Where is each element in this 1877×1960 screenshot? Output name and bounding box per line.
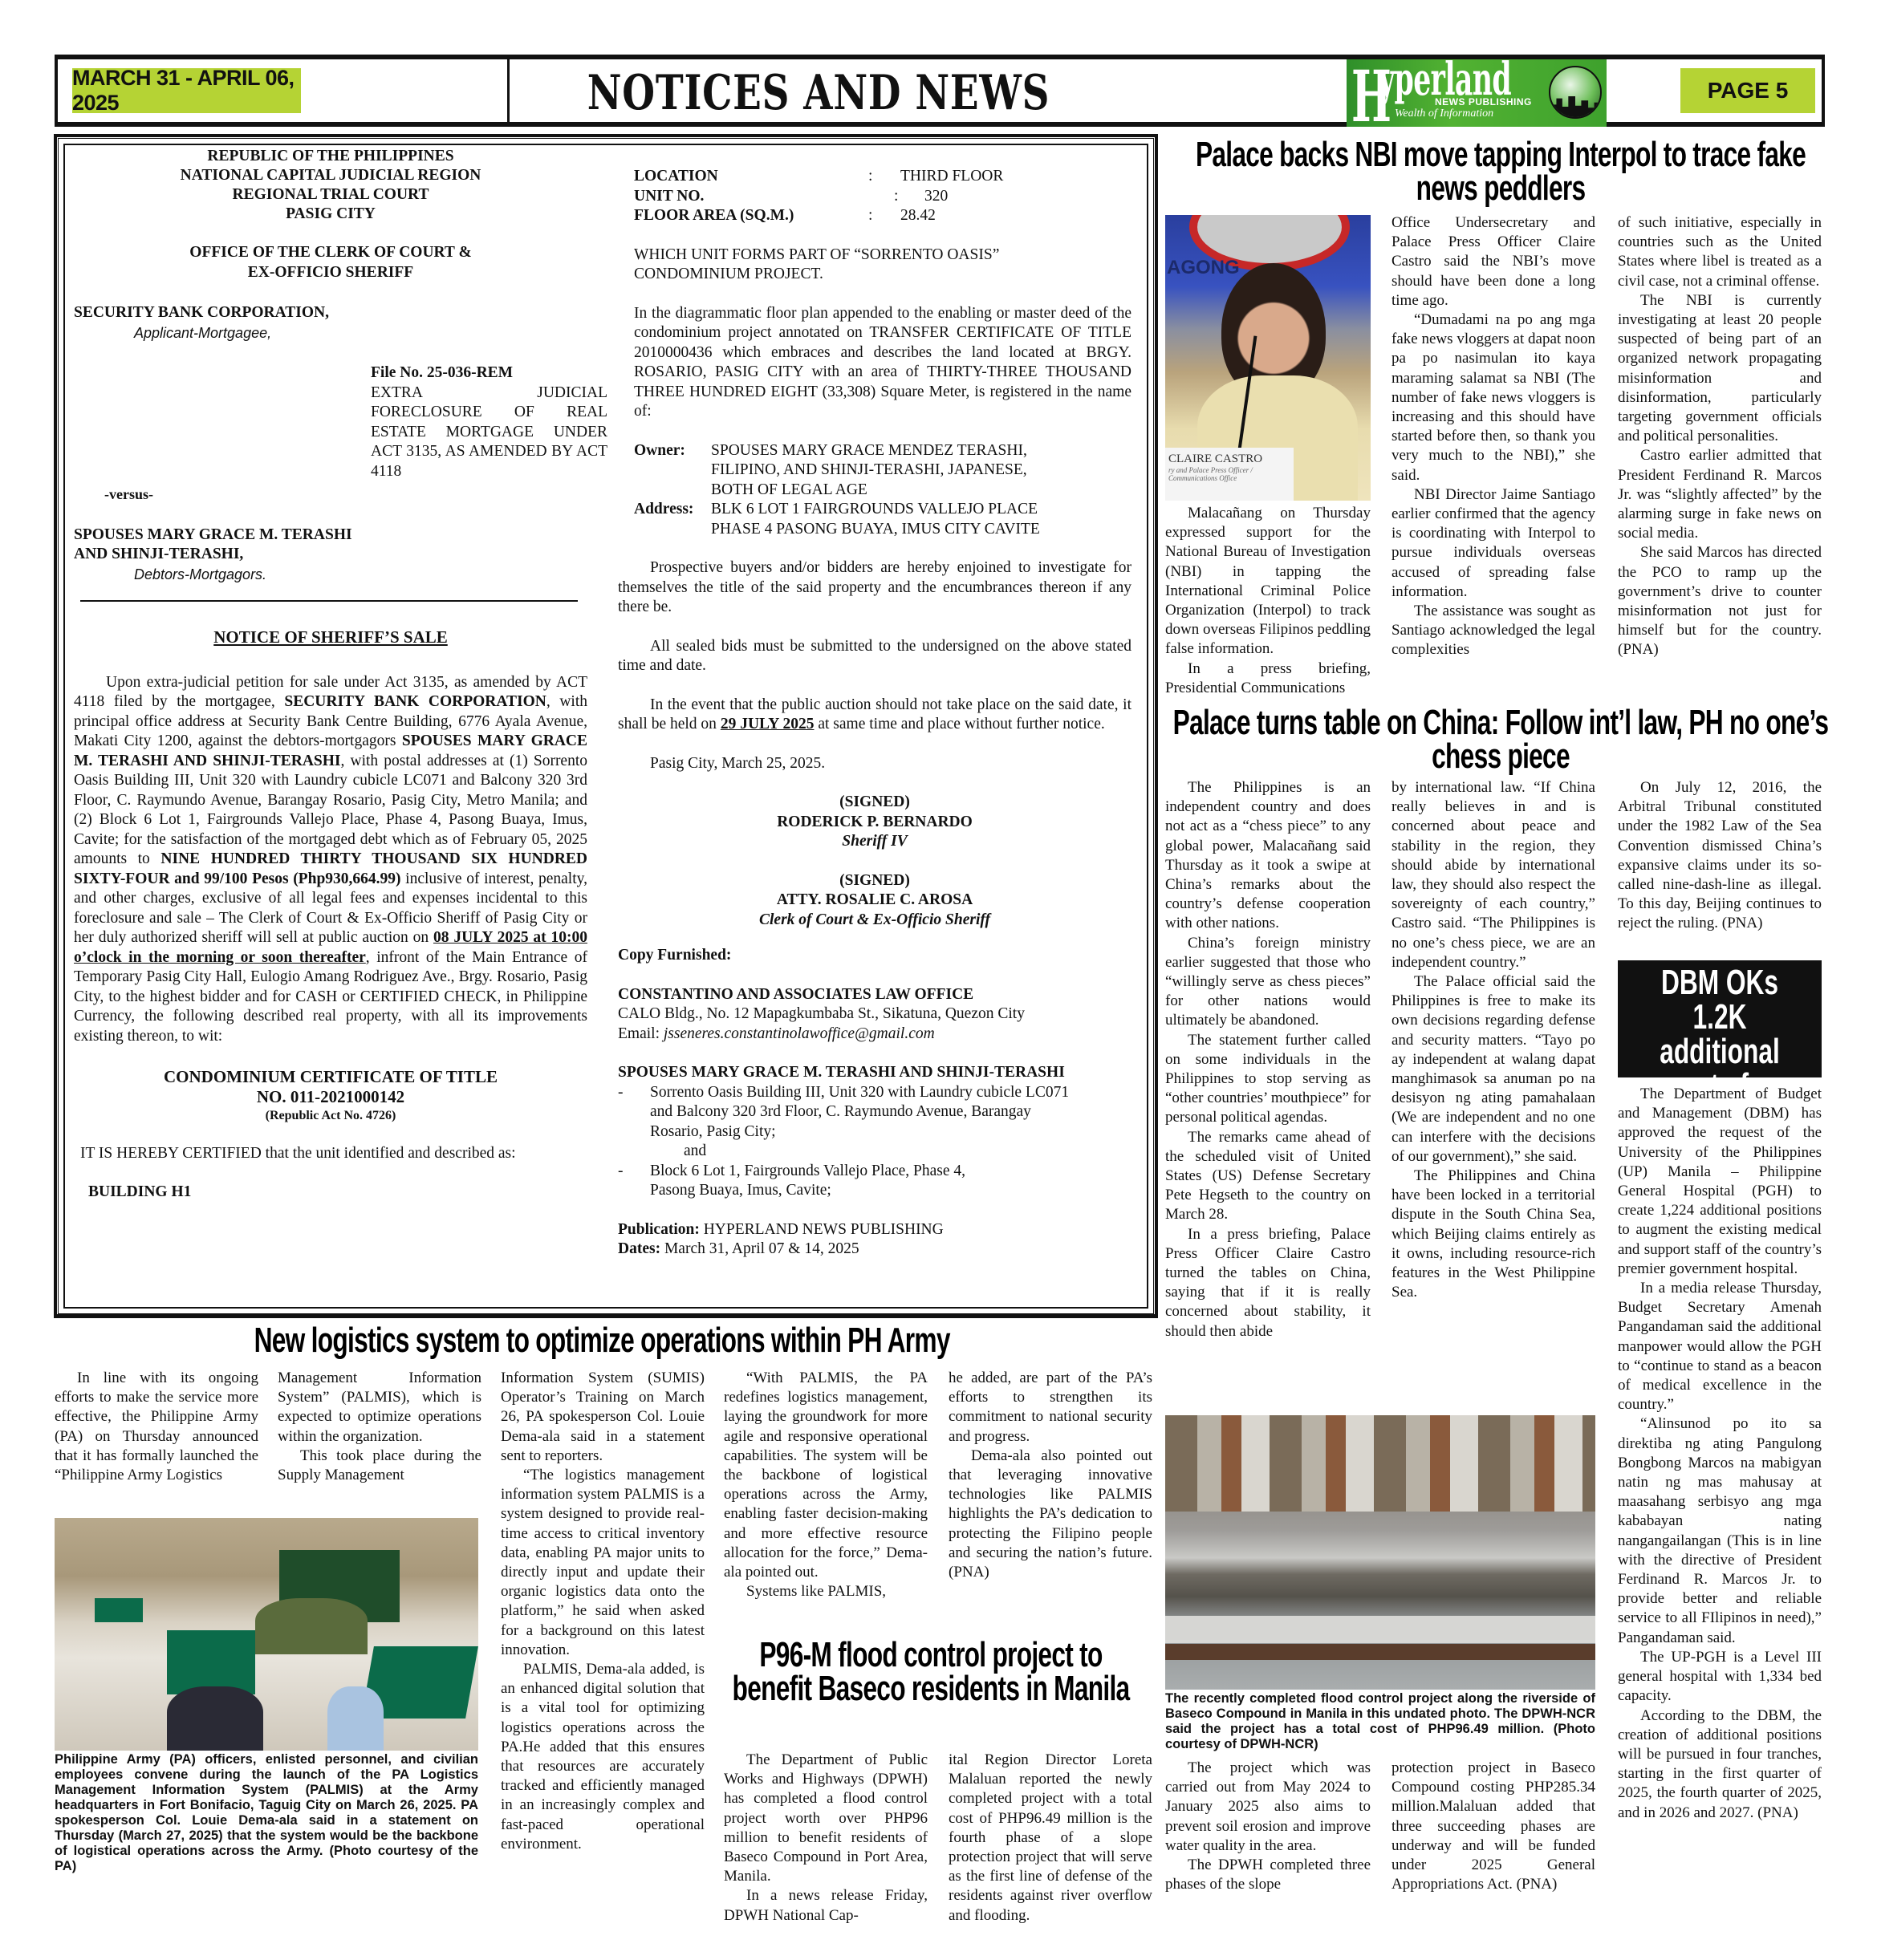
copy-furnished-block: Copy Furnished: CONSTANTINO AND ASSOCIAT…: [618, 946, 1131, 1260]
army-col-1: In line with its ongoing efforts to make…: [55, 1369, 258, 1485]
baseco-col-2: protection project in Baseco Compound co…: [1391, 1759, 1595, 1894]
section-title: NOTICES AND NEWS: [581, 61, 1057, 125]
cct-heading: CONDOMINIUM CERTIFICATE OF TITLE NO. 011…: [74, 1067, 587, 1126]
notice-body: Upon extra-judicial petition for sale un…: [74, 673, 587, 1047]
army-launch-photo: [55, 1518, 478, 1751]
notice-title: NOTICE OF SHERIFF’S SALE: [74, 627, 587, 647]
field-location: LOCATION:THIRD FLOOR: [634, 167, 1131, 187]
baseco-flood-control-photo: [1165, 1415, 1595, 1690]
court-header: REPUBLIC OF THE PHILIPPINES NATIONAL CAP…: [74, 147, 587, 224]
attendees: [167, 1686, 263, 1751]
cf-address-2: -Block 6 Lot 1, Fairgrounds Vallejo Plac…: [618, 1162, 1131, 1201]
law-office-email: Email: jsseneres.constantinolawoffice@gm…: [618, 1025, 1131, 1045]
file-number: File No. 25-036-REM: [371, 363, 607, 383]
section-divider: [55, 1314, 1156, 1317]
attendee: [327, 1686, 384, 1751]
china-col-2: by international law. “If China really b…: [1391, 778, 1595, 1302]
spouses-cf: SPOUSES MARY GRACE M. TERASHI AND SHINJI…: [618, 1063, 1131, 1083]
army-col-2: Management Information System” (PALMIS),…: [278, 1369, 481, 1485]
divider: [80, 600, 578, 602]
houses-strip: [1165, 1415, 1595, 1512]
law-office-name: CONSTANTINO AND ASSOCIATES LAW OFFICE: [618, 985, 1131, 1005]
baseco-photo-caption: The recently completed flood control pro…: [1165, 1691, 1595, 1752]
applicant-name: SECURITY BANK CORPORATION,: [74, 303, 587, 323]
nbi-col-1: Malacañang on Thursday expressed support…: [1165, 504, 1371, 698]
court-header-line: REGIONAL TRIAL COURT: [74, 185, 587, 205]
notice-left-column: REPUBLIC OF THE PHILIPPINES NATIONAL CAP…: [74, 147, 587, 1203]
file-description: EXTRA JUDICIAL FORECLOSURE OF REAL ESTAT…: [371, 383, 607, 482]
event-text: In the event that the public auction sho…: [618, 696, 1131, 735]
forms-part-text: WHICH UNIT FORMS PART OF “SORRENTO OASIS…: [634, 246, 1051, 285]
cf-address-1: -Sorrento Oasis Building III, Unit 320 w…: [618, 1083, 1131, 1142]
flood-headline[interactable]: P96-M flood control project to benefit B…: [706, 1638, 1156, 1706]
field-unit-no: UNIT NO.:320: [634, 187, 1131, 207]
page-number-badge: PAGE 5: [1680, 68, 1815, 113]
china-headline[interactable]: Palace turns table on China: Follow int’…: [1164, 706, 1838, 773]
army-headline[interactable]: New logistics system to optimize operati…: [48, 1324, 1156, 1357]
email-link[interactable]: jsseneres.constantinolawoffice@gmail.com: [664, 1025, 935, 1042]
file-block: File No. 25-036-REM EXTRA JUDICIAL FOREC…: [371, 363, 607, 481]
nbi-col-2: Office Undersecretary and Palace Press O…: [1391, 213, 1595, 660]
prospective-text: Prospective buyers and/or bidders are he…: [618, 558, 1131, 618]
court-header-line: REPUBLIC OF THE PHILIPPINES: [74, 147, 587, 166]
army-col-3: Information System (SUMIS) Operator’s Tr…: [501, 1369, 705, 1854]
signatory-2: (SIGNED) ATTY. ROSALIE C. AROSA Clerk of…: [618, 871, 1131, 931]
army-col-5: he added, are part of the PA’s efforts t…: [949, 1369, 1152, 1582]
nbi-headline[interactable]: Palace backs NBI move tapping Interpol t…: [1164, 138, 1838, 205]
flood-col-1: The Department of Public Works and Highw…: [724, 1751, 928, 1926]
debtors-role: Debtors-Mortgagors.: [74, 565, 587, 585]
cf-and: and: [618, 1142, 1131, 1162]
versus-label: -versus-: [74, 485, 587, 505]
building-label: BUILDING H1: [74, 1183, 587, 1203]
issue-date-badge: MARCH 31 - APRIL 06, 2025: [72, 68, 301, 113]
logo-tagline: Wealth of Information: [1395, 108, 1493, 120]
publication-line: Publication: HYPERLAND NEWS PUBLISHING: [618, 1220, 1131, 1240]
owner-row: Owner:SPOUSES MARY GRACE MENDEZ TERASHI,…: [634, 441, 1131, 501]
office-line: EX-OFFICIO SHERIFF: [74, 263, 587, 283]
applicant-role: Applicant-Mortgagee,: [74, 323, 587, 343]
debtors-name-1: SPOUSES MARY GRACE M. TERASHI: [74, 526, 587, 546]
debtors-name-2: AND SHINJI-TERASHI,: [74, 545, 587, 565]
floor-plan-text: In the diagrammatic floor plan appended …: [634, 304, 1131, 422]
army-col-4: “With PALMIS, the PA redefines logistics…: [724, 1369, 928, 1601]
dbm-headline[interactable]: DBM OKs 1.2K additional posts for PGH: [1618, 960, 1822, 1077]
dbm-body: The Department of Budget and Management …: [1618, 1085, 1822, 1823]
copy-furnished-label: Copy Furnished:: [618, 946, 1131, 966]
nbi-col-3: of such initiative, especially in countr…: [1618, 213, 1822, 660]
green-table: [167, 1630, 255, 1694]
hyperland-logo[interactable]: H yperland NEWS PUBLISHING Wealth of Inf…: [1347, 59, 1607, 127]
signatory-1: (SIGNED) RODERICK P. BERNARDO Sheriff IV: [618, 793, 1131, 852]
flood-col-2: ital Region Director Loreta Malaluan rep…: [949, 1751, 1152, 1926]
claire-castro-photo: AGONG CLAIRE CASTRO ry and Palace Press …: [1165, 215, 1371, 501]
army-photo-caption: Philippine Army (PA) officers, enlisted …: [55, 1752, 478, 1874]
sealed-bids-text: All sealed bids must be submitted to the…: [618, 637, 1131, 676]
field-floor-area: FLOOR AREA (SQ.M.):28.42: [634, 206, 1131, 226]
china-col-3: On July 12, 2016, the Arbitral Tribunal …: [1618, 778, 1822, 934]
name-placard: CLAIRE CASTRO ry and Palace Press Office…: [1165, 448, 1294, 501]
court-header-line: NATIONAL CAPITAL JUDICIAL REGION: [74, 166, 587, 185]
unit-fields: LOCATION:THIRD FLOOR UNIT NO.:320 FLOOR …: [634, 167, 1131, 226]
office-line: OFFICE OF THE CLERK OF COURT &: [74, 243, 587, 263]
logo-subtitle: NEWS PUBLISHING: [1435, 96, 1532, 108]
photo-banner-text: AGONG: [1167, 257, 1240, 279]
address-row: Address:BLK 6 LOT 1 FAIRGROUNDS VALLEJO …: [634, 500, 1131, 539]
seawall-face: [1165, 1644, 1595, 1660]
office-header: OFFICE OF THE CLERK OF COURT & EX-OFFICI…: [74, 243, 587, 282]
court-header-line: PASIG CITY: [74, 205, 587, 224]
law-office-address: CALO Bldg., No. 12 Mapagkumbaba St., Sik…: [618, 1004, 1131, 1025]
place-date: Pasig City, March 25, 2025.: [618, 754, 1131, 774]
dates-line: Dates: March 31, April 07 & 14, 2025: [618, 1240, 1131, 1260]
notice-right-column: LOCATION:THIRD FLOOR UNIT NO.:320 FLOOR …: [634, 167, 1131, 1260]
globe-city-icon: [1549, 66, 1602, 119]
baseco-col-1: The project which was carried out from M…: [1165, 1759, 1371, 1894]
green-table: [95, 1598, 143, 1622]
certified-text: IT IS HEREBY CERTIFIED that the unit ide…: [74, 1144, 587, 1164]
seawall-top: [1165, 1616, 1595, 1640]
china-col-1: The Philippines is an independent countr…: [1165, 778, 1371, 1341]
soldiers-group: [255, 1598, 368, 1654]
